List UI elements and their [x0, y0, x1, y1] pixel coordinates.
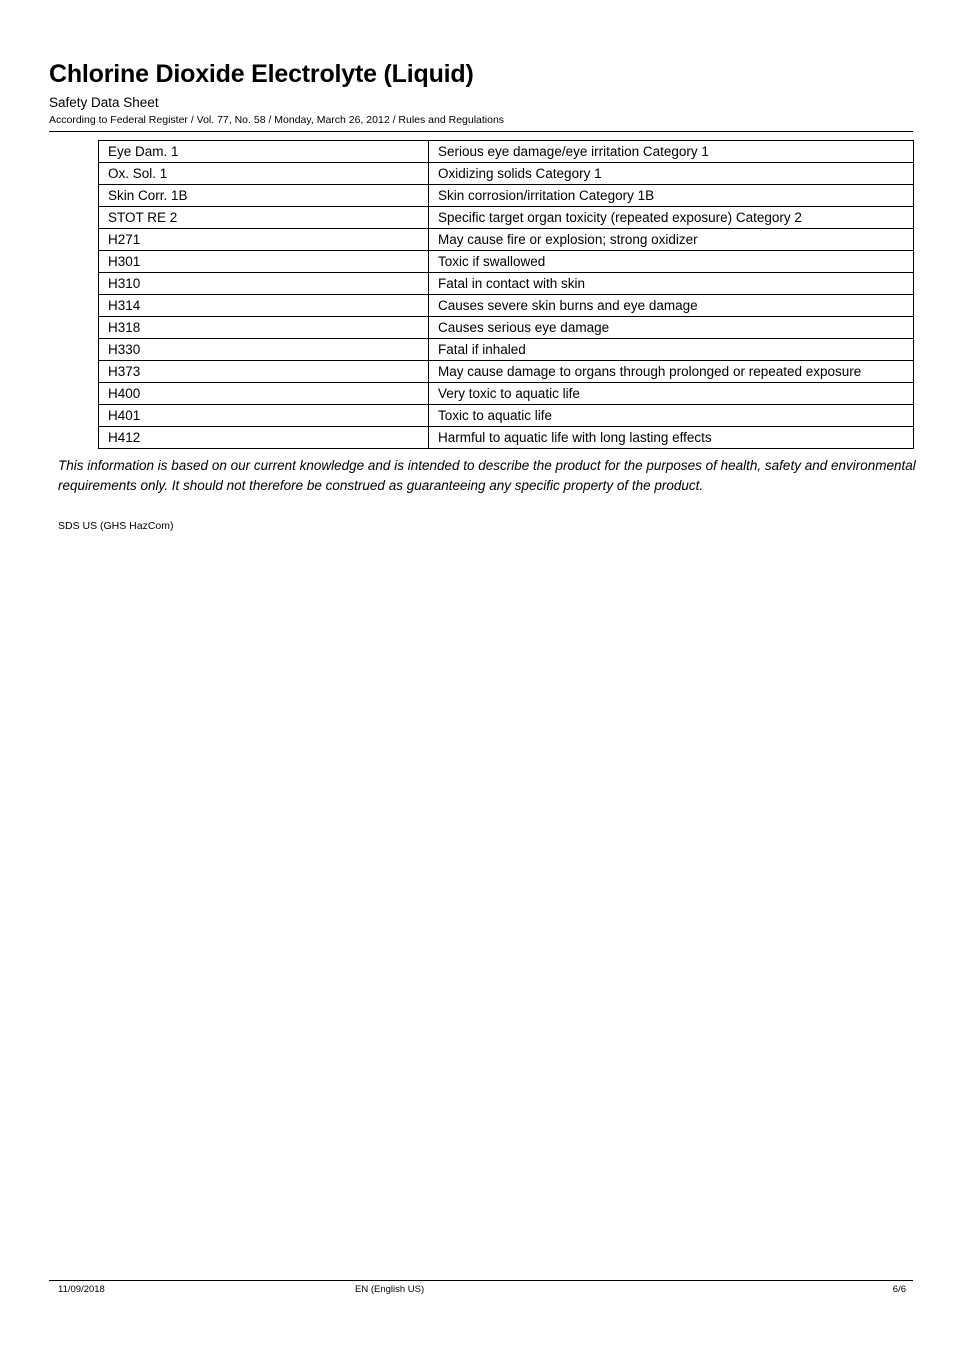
- table-row: H330Fatal if inhaled: [99, 339, 914, 361]
- table-row: H314Causes severe skin burns and eye dam…: [99, 295, 914, 317]
- hazard-code-cell: H412: [99, 427, 429, 449]
- table-row: H310Fatal in contact with skin: [99, 273, 914, 295]
- hazard-code-cell: H314: [99, 295, 429, 317]
- hazard-code-cell: H301: [99, 251, 429, 273]
- hazard-code-cell: H318: [99, 317, 429, 339]
- hazard-description-cell: Serious eye damage/eye irritation Catego…: [429, 141, 914, 163]
- hazard-description-cell: Very toxic to aquatic life: [429, 383, 914, 405]
- table-row: H318Causes serious eye damage: [99, 317, 914, 339]
- table-row: H400Very toxic to aquatic life: [99, 383, 914, 405]
- table-row: H401Toxic to aquatic life: [99, 405, 914, 427]
- disclaimer-text: This information is based on our current…: [58, 456, 918, 496]
- hazard-code-cell: H310: [99, 273, 429, 295]
- document-subtitle: Safety Data Sheet: [49, 94, 913, 111]
- hazard-description-cell: Harmful to aquatic life with long lastin…: [429, 427, 914, 449]
- header-divider: [49, 131, 913, 132]
- hazard-description-cell: Fatal if inhaled: [429, 339, 914, 361]
- footer-divider: [49, 1280, 913, 1281]
- hazard-description-cell: Oxidizing solids Category 1: [429, 163, 914, 185]
- table-row: H412Harmful to aquatic life with long la…: [99, 427, 914, 449]
- hazard-description-cell: May cause fire or explosion; strong oxid…: [429, 229, 914, 251]
- table-row: STOT RE 2Specific target organ toxicity …: [99, 207, 914, 229]
- table-row: H301Toxic if swallowed: [99, 251, 914, 273]
- hazard-code-cell: H373: [99, 361, 429, 383]
- footer-date: 11/09/2018: [58, 1284, 105, 1296]
- hazard-code-cell: Eye Dam. 1: [99, 141, 429, 163]
- document-header: Chlorine Dioxide Electrolyte (Liquid) Sa…: [49, 58, 913, 127]
- sds-format-label: SDS US (GHS HazCom): [58, 519, 174, 533]
- hazard-description-cell: May cause damage to organs through prolo…: [429, 361, 914, 383]
- table-row: H373May cause damage to organs through p…: [99, 361, 914, 383]
- table-row: Eye Dam. 1Serious eye damage/eye irritat…: [99, 141, 914, 163]
- hazard-code-cell: H401: [99, 405, 429, 427]
- hazard-code-cell: H400: [99, 383, 429, 405]
- table-row: Skin Corr. 1BSkin corrosion/irritation C…: [99, 185, 914, 207]
- hazard-statements-table: Eye Dam. 1Serious eye damage/eye irritat…: [98, 140, 914, 449]
- hazard-code-cell: Ox. Sol. 1: [99, 163, 429, 185]
- table-row: H271May cause fire or explosion; strong …: [99, 229, 914, 251]
- hazard-description-cell: Specific target organ toxicity (repeated…: [429, 207, 914, 229]
- hazard-code-cell: Skin Corr. 1B: [99, 185, 429, 207]
- hazard-description-cell: Fatal in contact with skin: [429, 273, 914, 295]
- footer-language: EN (English US): [355, 1284, 424, 1296]
- hazard-description-cell: Toxic to aquatic life: [429, 405, 914, 427]
- hazard-description-cell: Skin corrosion/irritation Category 1B: [429, 185, 914, 207]
- hazard-description-cell: Causes severe skin burns and eye damage: [429, 295, 914, 317]
- hazard-description-cell: Causes serious eye damage: [429, 317, 914, 339]
- footer-page-number: 6/6: [893, 1284, 906, 1296]
- hazard-code-cell: STOT RE 2: [99, 207, 429, 229]
- hazard-description-cell: Toxic if swallowed: [429, 251, 914, 273]
- hazard-code-cell: H330: [99, 339, 429, 361]
- table-row: Ox. Sol. 1Oxidizing solids Category 1: [99, 163, 914, 185]
- document-title: Chlorine Dioxide Electrolyte (Liquid): [49, 58, 913, 90]
- regulation-reference: According to Federal Register / Vol. 77,…: [49, 113, 913, 127]
- hazard-code-cell: H271: [99, 229, 429, 251]
